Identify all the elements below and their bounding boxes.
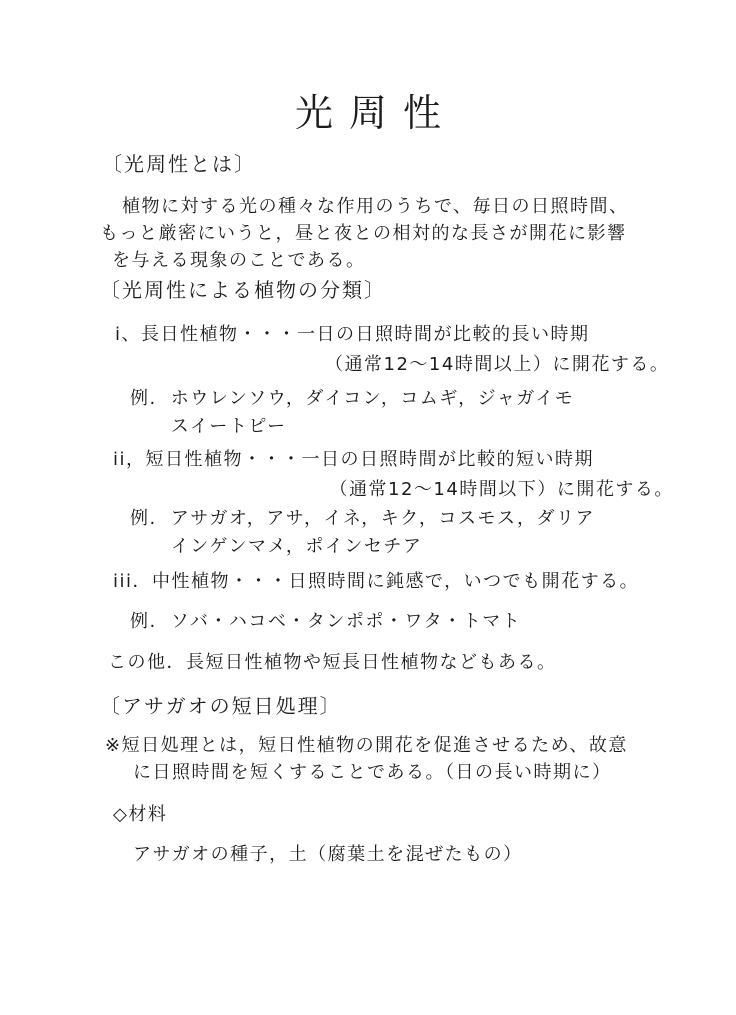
page-title: 光周性 [0,82,736,137]
handwritten-document-page: 光周性 〔光周性とは〕 植物に対する光の種々な作用のうちで、毎日の日照時間、 も… [0,0,736,1015]
item-desc-line: 一日の日照時間が比較的短い時期 [302,445,674,475]
item-label: i、長日性植物・・・ [115,320,297,350]
example-label: 例. [130,505,171,533]
treatment-note-line: ※短日処理とは，短日性植物の開花を促進させるため、故意 [105,732,628,759]
example-short-day: 例. アサガオ，アサ，イネ，キク，コスモス，ダリア インゲンマメ，ポインセチア [130,505,595,561]
classification-item-day-neutral: iii．中性植物・・・ 日照時間に鈍感で，いつでも開花する。 [113,567,639,597]
intro-paragraph-line: を与える現象のことである。 [112,246,366,272]
example-long-day: 例. ホウレンソウ，ダイコン，コムギ，ジャガイモ スイートピー [130,385,574,441]
materials-line: アサガオの種子，土（腐葉土を混ぜたもの） [133,840,523,866]
section-heading-classification: 〔光周性による植物の分類〕 [100,274,386,303]
example-line: ソバ・ハコベ・タンポポ・ワタ・トマト [171,608,521,636]
example-line: ホウレンソウ，ダイコン，コムギ，ジャガイモ [171,385,574,413]
example-line: スイートピー [171,413,574,441]
treatment-note-line: に日照時間を短くすることである。（日の長い時期に） [133,759,612,786]
classification-note: この他．長短日性植物や短長日性植物などもある。 [108,648,557,674]
example-label: 例. [130,385,171,413]
section-heading-intro: 〔光周性とは〕 [102,148,256,177]
example-day-neutral: 例. ソバ・ハコベ・タンポポ・ワタ・トマト [130,608,521,636]
item-desc-line: 日照時間に鈍感で，いつでも開花する。 [289,567,640,597]
classification-item-long-day: i、長日性植物・・・ 一日の日照時間が比較的長い時期 （通常12～14時間以上）… [115,320,669,380]
item-label: iii．中性植物・・・ [113,567,289,597]
example-line: インゲンマメ，ポインセチア [171,533,595,561]
item-desc-line: （通常12～14時間以下）に開花する。 [302,475,674,505]
item-desc-line: （通常12～14時間以上）に開花する。 [297,350,669,380]
materials-heading: ◇材料 [113,800,167,826]
example-line: アサガオ，アサ，イネ，キク，コスモス，ダリア [171,505,595,533]
item-desc-line: 一日の日照時間が比較的長い時期 [297,320,669,350]
classification-item-short-day: ii，短日性植物・・・ 一日の日照時間が比較的短い時期 （通常12～14時間以下… [113,445,674,505]
item-label: ii，短日性植物・・・ [113,445,302,475]
intro-paragraph-line: 植物に対する光の種々な作用のうちで、毎日の日照時間、 [122,192,628,218]
intro-paragraph-line: もっと厳密にいうと，昼と夜との相対的な長さが開花に影響 [100,219,627,245]
section-heading-treatment: 〔アサガオの短日処理〕 [100,690,342,719]
example-label: 例. [130,608,171,636]
